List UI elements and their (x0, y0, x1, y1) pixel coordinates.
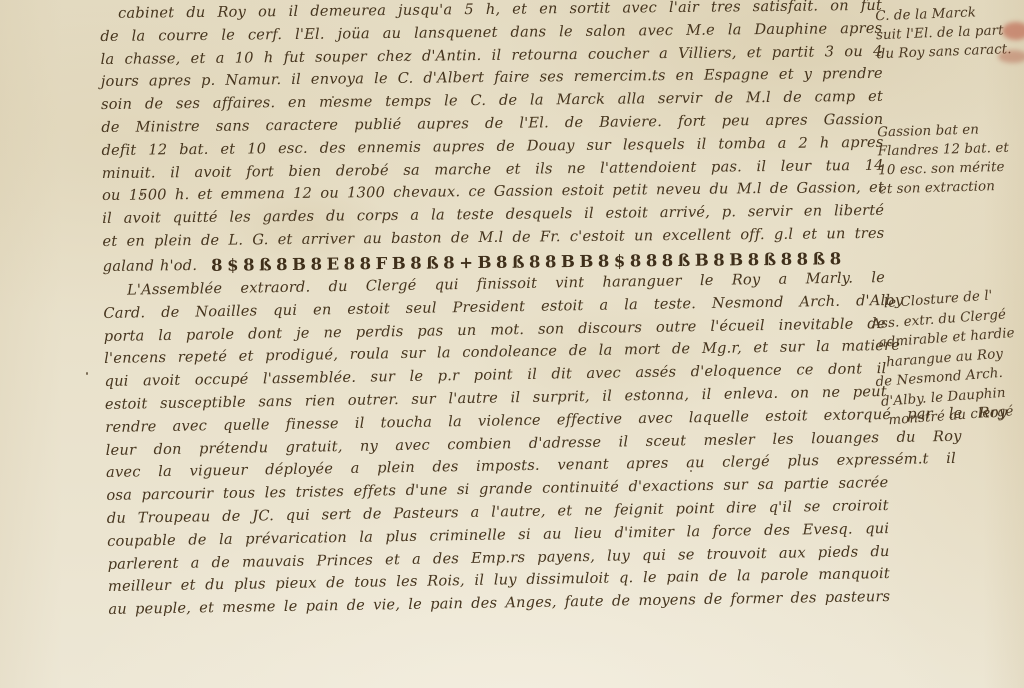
margin-note-gassion: Gassion bat en Flandres 12 bat. et 10 es… (877, 119, 1024, 200)
ink-speck (332, 96, 334, 98)
ink-speck (86, 372, 88, 375)
main-text-block: cabinet du Roy ou il demeurea jusqu'a 5 … (100, 0, 888, 622)
manuscript-page: cabinet du Roy ou il demeurea jusqu'a 5 … (0, 0, 1024, 688)
margin-note-clerge: le Closture de l' Ass. extr. du Clergé a… (869, 283, 1024, 432)
ink-speck (140, 193, 143, 196)
margin-note-line: 10 esc. son mérite (878, 157, 1024, 181)
ink-speck (690, 470, 692, 472)
red-ink-smudge (1002, 22, 1024, 40)
margin-note-line: et son extraction (879, 176, 1024, 200)
red-ink-smudge (998, 50, 1024, 63)
paragraph-2: L'Assemblée extraord. du Clergé qui fini… (103, 267, 891, 622)
paragraph-1: cabinet du Roy ou il demeurea jusqu'a 5 … (100, 0, 885, 254)
cipher-label: galand h'od. (103, 253, 198, 280)
